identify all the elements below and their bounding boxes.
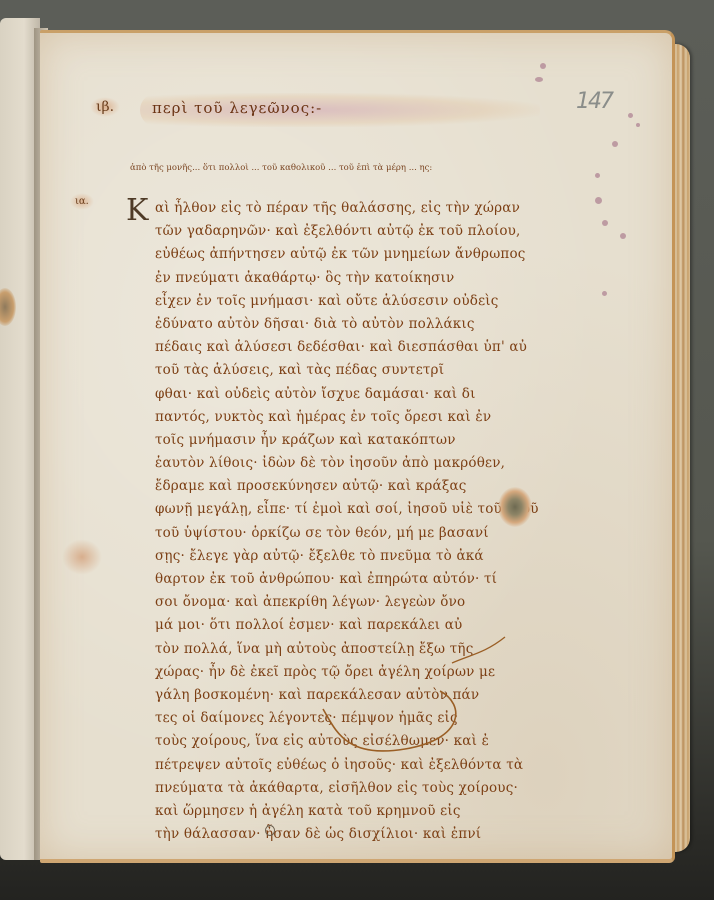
text-line: τὴν θάλασσαν· ἦσαν δὲ ὡς δισχίλιοι· καὶ … — [155, 823, 550, 846]
facing-page-stain — [0, 288, 16, 326]
text-line: τοῦ ὑψίστου· ὁρκίζω σε τὸν θεόν, μή με β… — [155, 522, 550, 545]
marginal-section-number: ια. — [70, 193, 94, 210]
ink-spot — [595, 197, 602, 204]
margin-flourish-icon — [450, 633, 510, 673]
text-line: τοῖς μνήμασιν ἦν κράζων καὶ κατακόπτων — [155, 429, 550, 452]
ink-spot — [628, 113, 633, 118]
text-line: σῃς· ἔλεγε γὰρ αὐτῷ· ἔξελθε τὸ πνεῦμα τὸ… — [155, 545, 550, 568]
text-line: εἶχεν ἐν τοῖς μνήμασι· καὶ οὔτε ἁλύσεσιν… — [155, 290, 550, 313]
end-flourish-icon — [315, 689, 515, 779]
chapter-number: ιβ. — [90, 97, 120, 117]
chapter-title: περὶ τοῦ λεγεῶνος:- — [152, 99, 322, 117]
text-line: τῶν γαδαρηνῶν· καὶ ἐξελθόντι αὐτῷ ἐκ τοῦ… — [155, 220, 550, 243]
ink-spot — [540, 63, 546, 69]
text-line: θαρτον ἐκ τοῦ ἀνθρώπου· καὶ ἐπηρώτα αὐτό… — [155, 568, 550, 591]
ink-spot — [612, 141, 618, 147]
text-line: τοῦ τὰς ἁλύσεις, καὶ τὰς πέδας συντετρῖ — [155, 359, 550, 382]
folio-number: 147 — [576, 89, 612, 114]
ink-spot — [636, 123, 640, 127]
text-line: καὶ ὥρμησεν ἡ ἀγέλη κατὰ τοῦ κρημνοῦ εἰς — [155, 800, 550, 823]
text-line: πέδαις καὶ ἁλύσεσι δεδέσθαι· καὶ διεσπάσ… — [155, 336, 550, 359]
text-line: παντός, νυκτὸς καὶ ἡμέρας ἐν τοῖς ὄρεσι … — [155, 406, 550, 429]
initial-letter: Κ — [126, 193, 148, 228]
text-line: φθαι· καὶ οὐδεὶς αὐτὸν ἴσχυε δαμάσαι· κα… — [155, 383, 550, 406]
ink-spot — [595, 173, 600, 178]
interlinear-note: ἀπὸ τῆς μονῆς... ὅτι πολλοὶ ... τοῦ καθο… — [130, 163, 650, 173]
text-line: ἐδύνατο αὐτὸν δῆσαι· διὰ τὸ αὐτὸν πολλάκ… — [155, 313, 550, 336]
page-hole-mark — [265, 825, 275, 836]
text-line: αὶ ἦλθον εἰς τὸ πέραν τῆς θαλάσσης, εἰς … — [155, 197, 550, 220]
text-line: φωνῇ μεγάλῃ, εἶπε· τί ἐμοὶ καὶ σοί, ἰησο… — [155, 498, 550, 521]
text-line: εὐθέως ἀπήντησεν αὐτῷ ἐκ τῶν μνημείων ἄν… — [155, 243, 550, 266]
page-stain — [62, 539, 102, 575]
text-line: ἑαυτὸν λίθοις· ἰδὼν δὲ τὸν ἰησοῦν ἀπὸ μα… — [155, 452, 550, 475]
ink-spot — [602, 291, 607, 296]
text-line: σοι ὄνομα· καὶ ἀπεκρίθη λέγων· λεγεὼν ὄν… — [155, 591, 550, 614]
manuscript-page: 147 ιβ. περὶ τοῦ λεγεῶνος:- ἀπὸ τῆς μονῆ… — [40, 30, 675, 863]
text-line: ἔδραμε καὶ προσεκύνησεν αὐτῷ· καὶ κράξας — [155, 475, 550, 498]
ink-spot — [620, 233, 626, 239]
ink-spot — [535, 77, 543, 82]
text-line: πνεύματα τὰ ἀκάθαρτα, εἰσῆλθον εἰς τοὺς … — [155, 777, 550, 800]
text-line: ἐν πνεύματι ἀκαθάρτῳ· ὃς τὴν κατοίκησιν — [155, 267, 550, 290]
page-stain — [498, 487, 532, 527]
ink-spot — [602, 220, 608, 226]
